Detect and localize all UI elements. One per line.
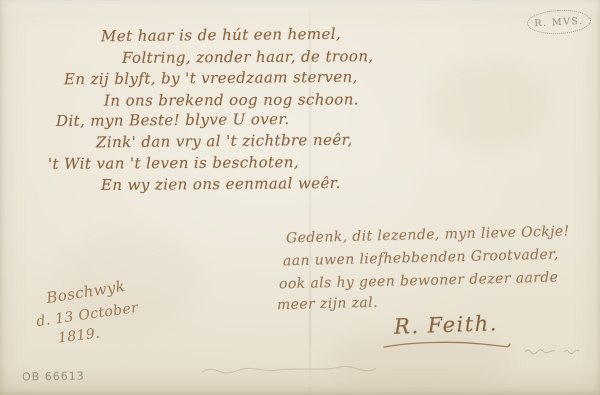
dateline-year: 1819. (57, 325, 101, 346)
faint-pencil-smudge (200, 365, 400, 377)
poem-line: 't Wit van 't leven is beschoten, (48, 153, 299, 173)
poem-line: Dit, myn Beste! blyve U over. (56, 110, 290, 130)
dedication-line: Gedenk, dit lezende, myn lieve Ockje! (286, 224, 570, 247)
poem-line: Zink' dan vry al 't zichtbre neêr, (96, 131, 353, 152)
manuscript-page: R. MVS. Met haar is de hút een hemel, Fo… (0, 0, 600, 395)
poem-line: En wy zien ons eenmaal weêr. (101, 174, 341, 194)
dedication-line: ook als hy geen bewoner dezer aarde (279, 270, 559, 293)
dedication-line: aan uwen liefhebbenden Grootvader, (283, 247, 559, 270)
collection-stamp: R. MVS. (526, 8, 591, 35)
collection-stamp-label: R. MVS. (534, 15, 584, 29)
faint-pencil-inscription (524, 346, 586, 356)
poem-line: In ons brekend oog nog schoon. (104, 90, 359, 109)
dedication-line: meer zijn zal. (277, 295, 378, 313)
poem-line: En zij blyft, by 't vreedzaam sterven, (64, 68, 358, 89)
signature-flourish (382, 338, 512, 352)
paper-blotch (430, 60, 550, 150)
signature: R. Feith. (394, 311, 499, 339)
poem-line: Foltring, zonder haar, de troon, (122, 47, 374, 67)
inventory-number: OB 66613 (22, 369, 85, 383)
poem-line: Met haar is de hút een hemel, (101, 25, 341, 46)
